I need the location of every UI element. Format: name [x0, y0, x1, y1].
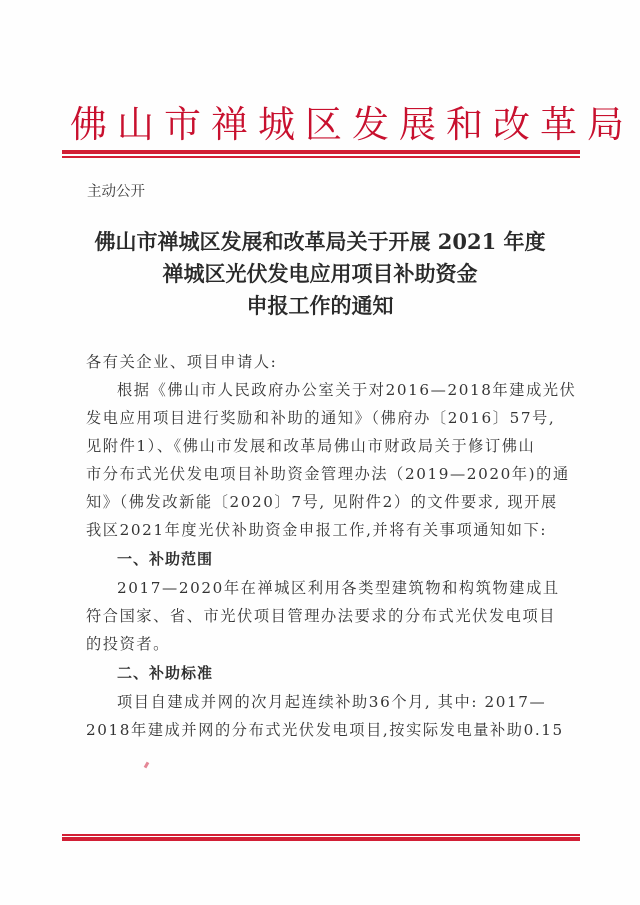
intro-line: 根据《佛山市人民政府办公室关于对2016—2018年建成光伏	[86, 376, 556, 404]
intro-line: 市分布式光伏发电项目补助资金管理办法（2019—2020年)的通	[86, 460, 556, 488]
title-line-3: 申报工作的通知	[0, 290, 640, 322]
salutation: 各有关企业、项目申请人:	[86, 348, 556, 376]
section-line: 项目自建成并网的次月起连续补助36个月, 其中: 2017—	[86, 688, 556, 716]
intro-line: 知》（佛发改新能〔2020〕7号, 见附件2）的文件要求, 现开展	[86, 488, 556, 516]
organization-header: 佛山市禅城区发展和改革局	[62, 103, 588, 147]
document-title: 佛山市禅城区发展和改革局关于开展 2021 年度 禅城区光伏发电应用项目补助资金…	[0, 226, 640, 322]
title-line-1: 佛山市禅城区发展和改革局关于开展 2021 年度	[0, 226, 640, 258]
section-line: 2017—2020年在禅城区利用各类型建筑物和构筑物建成且	[86, 574, 556, 602]
section-heading-standard: 二、补助标准	[86, 658, 556, 688]
header-divider-thick	[62, 150, 580, 154]
header-divider-thin	[62, 156, 580, 158]
stamp-mark	[144, 762, 150, 769]
footer-divider-thin	[62, 834, 580, 836]
section-line: 符合国家、省、市光伏项目管理办法要求的分布式光伏发电项目	[86, 602, 556, 630]
title-line-2: 禅城区光伏发电应用项目补助资金	[0, 258, 640, 290]
section-line: 的投资者。	[86, 630, 556, 658]
section-heading-scope: 一、补助范围	[86, 544, 556, 574]
document-body: 各有关企业、项目申请人: 根据《佛山市人民政府办公室关于对2016—2018年建…	[86, 348, 556, 744]
footer-divider-thick	[62, 837, 580, 841]
disclosure-label: 主动公开	[87, 180, 145, 201]
intro-line: 发电应用项目进行奖励和补助的通知》（佛府办〔2016〕57号,	[86, 404, 556, 432]
intro-line: 见附件1）、《佛山市发展和改革局佛山市财政局关于修订佛山	[86, 432, 556, 460]
document-page: 佛山市禅城区发展和改革局 主动公开 佛山市禅城区发展和改革局关于开展 2021 …	[0, 0, 640, 905]
section-line: 2018年建成并网的分布式光伏发电项目,按实际发电量补助0.15	[86, 716, 556, 744]
intro-line: 我区2021年度光伏补助资金申报工作,并将有关事项通知如下:	[86, 516, 556, 544]
